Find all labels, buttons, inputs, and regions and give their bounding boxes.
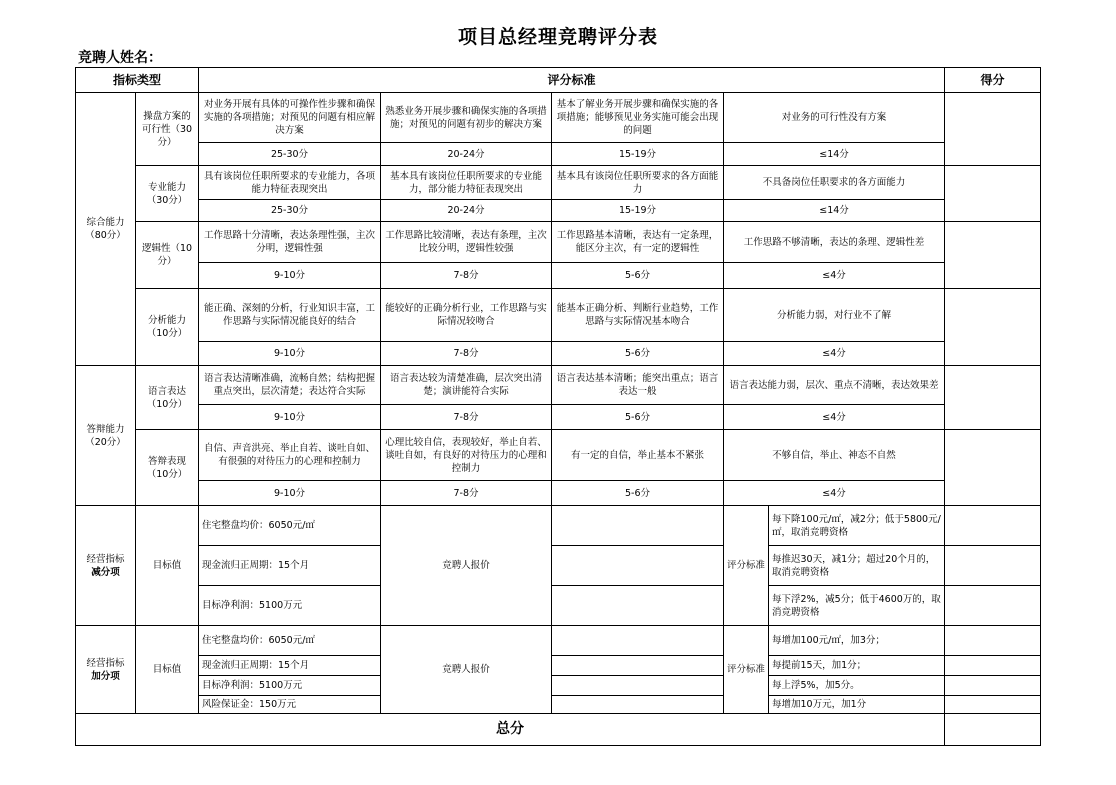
level-2-range: 7-8分 (381, 263, 552, 289)
level-3-range: 5-6分 (552, 481, 724, 506)
item-name: 答辩表现（10分） (136, 430, 199, 506)
bid-input[interactable] (552, 626, 724, 656)
level-1-range: 25-30分 (199, 143, 381, 166)
page-title: 项目总经理竞聘评分表 (0, 22, 1116, 49)
level-3-range: 15-19分 (552, 200, 724, 222)
target-value: 目标净利润：5100万元 (199, 586, 381, 626)
category-deduction: 经营指标 减分项 (76, 506, 136, 626)
level-4-desc: 不具备岗位任职要求的各方面能力 (724, 166, 945, 200)
target-value: 目标净利润：5100万元 (199, 676, 381, 696)
total-label: 总分 (76, 714, 945, 746)
item-name: 分析能力（10分） (136, 289, 199, 366)
score-cell[interactable] (945, 626, 1041, 656)
total-score-cell[interactable] (945, 714, 1041, 746)
rule-text: 每增加100元/㎡，加3分； (769, 626, 945, 656)
bid-label: 竞聘人报价 (381, 626, 552, 714)
score-cell[interactable] (945, 93, 1041, 166)
level-3-range: 15-19分 (552, 143, 724, 166)
level-4-desc: 分析能力弱，对行业不了解 (724, 289, 945, 342)
level-1-desc: 语言表达清晰准确，流畅自然；结构把握重点突出，层次清楚；表达符合实际 (199, 366, 381, 405)
level-3-range: 5-6分 (552, 405, 724, 430)
item-name: 专业能力（30分） (136, 166, 199, 222)
score-cell[interactable] (945, 506, 1041, 546)
rule-text: 每提前15天，加1分； (769, 656, 945, 676)
score-cell[interactable] (945, 696, 1041, 714)
level-4-range: ≤14分 (724, 200, 945, 222)
bid-input[interactable] (552, 696, 724, 714)
score-cell[interactable] (945, 289, 1041, 366)
bid-label: 竞聘人报价 (381, 506, 552, 626)
score-cell[interactable] (945, 656, 1041, 676)
score-cell[interactable] (945, 586, 1041, 626)
level-3-desc: 语言表达基本清晰；能突出重点；语言表达一般 (552, 366, 724, 405)
level-1-desc: 工作思路十分清晰，表达条理性强，主次分明，逻辑性强 (199, 222, 381, 263)
header-criteria: 评分标准 (199, 68, 945, 93)
level-2-desc: 能较好的正确分析行业，工作思路与实际情况较吻合 (381, 289, 552, 342)
level-4-range: ≤4分 (724, 263, 945, 289)
level-1-desc: 对业务开展有具体的可操作性步骤和确保实施的各项措施；对预见的问题有相应解决方案 (199, 93, 381, 143)
level-4-desc: 对业务的可行性没有方案 (724, 93, 945, 143)
level-3-desc: 能基本正确分析、判断行业趋势，工作思路与实际情况基本吻合 (552, 289, 724, 342)
level-2-desc: 工作思路比较清晰，表达有条理，主次比较分明，逻辑性较强 (381, 222, 552, 263)
level-2-desc: 语言表达较为清楚准确，层次突出清楚；演讲能符合实际 (381, 366, 552, 405)
rule-text: 每推迟30天，减1分；超过20个月的，取消竞聘资格 (769, 546, 945, 586)
level-1-desc: 能正确、深刻的分析，行业知识丰富，工作思路与实际情况能良好的结合 (199, 289, 381, 342)
category-deduction-line2: 减分项 (79, 566, 132, 579)
target-value: 现金流归正周期：15个月 (199, 546, 381, 586)
level-3-desc: 基本具有该岗位任职所要求的各方面能力 (552, 166, 724, 200)
candidate-name-label: 竞聘人姓名： (78, 47, 162, 67)
target-label: 目标值 (136, 506, 199, 626)
criteria-label: 评分标准 (724, 506, 769, 626)
level-3-desc: 工作思路基本清晰，表达有一定条理，能区分主次，有一定的逻辑性 (552, 222, 724, 263)
target-label: 目标值 (136, 626, 199, 714)
criteria-label: 评分标准 (724, 626, 769, 714)
level-2-range: 20-24分 (381, 143, 552, 166)
score-table: 指标类型 评分标准 得分 综合能力（80分） 操盘方案的可行性（30分） 对业务… (75, 67, 1041, 746)
level-1-range: 9-10分 (199, 263, 381, 289)
rule-text: 每下降100元/㎡，减2分；低于5800元/㎡，取消竞聘资格 (769, 506, 945, 546)
item-name: 操盘方案的可行性（30分） (136, 93, 199, 166)
score-cell[interactable] (945, 222, 1041, 289)
target-value: 住宅整盘均价：6050元/㎡ (199, 626, 381, 656)
level-3-range: 5-6分 (552, 342, 724, 366)
level-3-desc: 有一定的自信，举止基本不紧张 (552, 430, 724, 481)
target-value: 风险保证金：150万元 (199, 696, 381, 714)
category-bonus: 经营指标 加分项 (76, 626, 136, 714)
level-4-desc: 不够自信，举止、神态不自然 (724, 430, 945, 481)
target-value: 现金流归正周期：15个月 (199, 656, 381, 676)
level-4-range: ≤4分 (724, 405, 945, 430)
level-2-range: 7-8分 (381, 405, 552, 430)
level-1-range: 9-10分 (199, 342, 381, 366)
category-defense: 答辩能力（20分） (76, 366, 136, 506)
level-3-range: 5-6分 (552, 263, 724, 289)
rule-text: 每上浮5%，加5分。 (769, 676, 945, 696)
level-2-range: 7-8分 (381, 481, 552, 506)
bid-input[interactable] (552, 676, 724, 696)
category-comprehensive: 综合能力（80分） (76, 93, 136, 366)
item-name: 逻辑性（10分） (136, 222, 199, 289)
level-4-range: ≤14分 (724, 143, 945, 166)
header-score: 得分 (945, 68, 1041, 93)
level-2-range: 20-24分 (381, 200, 552, 222)
item-name: 语言表达（10分） (136, 366, 199, 430)
level-1-desc: 自信、声音洪亮、举止自若、谈吐自如、有很强的对待压力的心理和控制力 (199, 430, 381, 481)
level-2-desc: 基本具有该岗位任职所要求的专业能力，部分能力特征表现突出 (381, 166, 552, 200)
category-deduction-line1: 经营指标 (79, 553, 132, 566)
score-cell[interactable] (945, 430, 1041, 506)
header-indicator-type: 指标类型 (76, 68, 199, 93)
rule-text: 每增加10万元，加1分 (769, 696, 945, 714)
level-4-desc: 工作思路不够清晰，表达的条理、逻辑性差 (724, 222, 945, 263)
rule-text: 每下浮2%，减5分；低于4600万的，取消竞聘资格 (769, 586, 945, 626)
bid-input[interactable] (552, 656, 724, 676)
category-bonus-line2: 加分项 (79, 670, 132, 683)
level-3-desc: 基本了解业务开展步骤和确保实施的各项措施；能够预见业务实施可能会出现的问题 (552, 93, 724, 143)
level-2-range: 7-8分 (381, 342, 552, 366)
level-1-range: 9-10分 (199, 481, 381, 506)
level-4-range: ≤4分 (724, 342, 945, 366)
category-bonus-line1: 经营指标 (79, 657, 132, 670)
level-1-range: 25-30分 (199, 200, 381, 222)
score-cell[interactable] (945, 366, 1041, 430)
bid-input[interactable] (552, 506, 724, 546)
score-cell[interactable] (945, 546, 1041, 586)
score-cell[interactable] (945, 166, 1041, 222)
level-2-desc: 心理比较自信，表现较好，举止自若、谈吐自如，有良好的对待压力的心理和控制力 (381, 430, 552, 481)
level-1-range: 9-10分 (199, 405, 381, 430)
score-cell[interactable] (945, 676, 1041, 696)
target-value: 住宅整盘均价：6050元/㎡ (199, 506, 381, 546)
level-2-desc: 熟悉业务开展步骤和确保实施的各项措施；对预见的问题有初步的解决方案 (381, 93, 552, 143)
bid-input[interactable] (552, 546, 724, 586)
level-4-range: ≤4分 (724, 481, 945, 506)
level-4-desc: 语言表达能力弱，层次、重点不清晰，表达效果差 (724, 366, 945, 405)
level-1-desc: 具有该岗位任职所要求的专业能力，各项能力特征表现突出 (199, 166, 381, 200)
bid-input[interactable] (552, 586, 724, 626)
